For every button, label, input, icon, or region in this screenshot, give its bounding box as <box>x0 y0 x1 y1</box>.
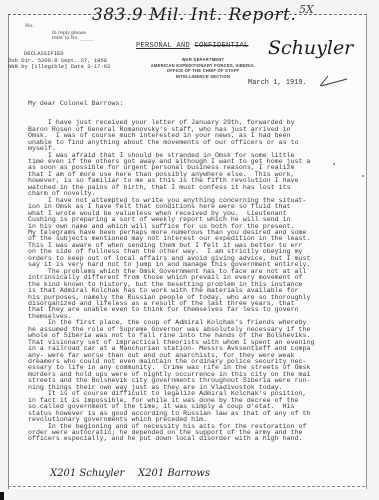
handwritten-name-annotation: Schuyler <box>268 37 353 59</box>
letter-line: officers especially, and he put down loc… <box>28 436 358 442</box>
declassification-stamp: DECLASSIFIED Dub Dir. 5200.9 Sept. 27, 1… <box>8 51 110 71</box>
letter-date: March 1, 1919. <box>248 79 307 87</box>
declass-by-line: NNR by [illegible] Date 3-17-62 <box>8 64 110 71</box>
letter-lines: I have just received your letter of Janu… <box>28 120 358 443</box>
handwritten-copy-mark: 5X <box>299 3 314 16</box>
reply-note: In reply please refer to No. ______ <box>52 31 94 41</box>
speck <box>333 163 335 165</box>
handwritten-file-reference: 383.9 Mil. Int. Report. <box>92 5 296 25</box>
classification-marking: PERSONAL AND CONFIDENTIAL <box>136 42 249 50</box>
page-bottom-edge <box>8 484 365 487</box>
signature-barrows: X201 Barrows <box>138 468 210 479</box>
letterhead: WAR DEPARTMENT AMERICAN EXPEDITIONARY FO… <box>138 57 268 79</box>
salutation: My dear Colonel Barrows: <box>28 101 358 107</box>
handwritten-check-mark-icon <box>318 74 348 88</box>
letter-body: My dear Colonel Barrows: I have just rec… <box>28 88 358 449</box>
signature-schuyler: X201 Schuyler <box>50 468 124 479</box>
scan-edge-mark <box>0 492 4 500</box>
reply-note-line2: refer to No. ______ <box>52 36 94 41</box>
classification-personal: PERSONAL AND <box>136 42 190 50</box>
classification-struck: CONFIDENTIAL <box>195 42 249 50</box>
speck <box>362 175 364 177</box>
corner-number-mark: No. <box>25 24 34 29</box>
